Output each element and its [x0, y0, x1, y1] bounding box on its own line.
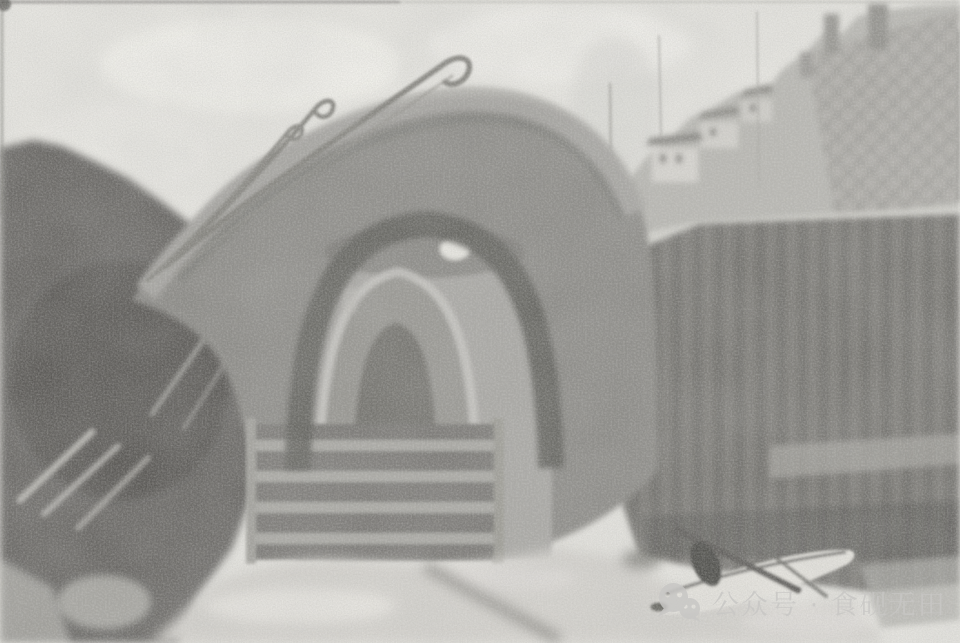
wechat-bubble-small — [679, 598, 700, 619]
photo-scene — [0, 0, 960, 643]
watermark: 公众号 · 食砚无田 — [656, 582, 947, 622]
photo: 公众号 · 食砚无田 — [0, 0, 960, 643]
watermark-text: 公众号 · 食砚无田 — [712, 583, 947, 622]
grain-specks — [0, 0, 960, 643]
wechat-icon — [656, 582, 702, 622]
